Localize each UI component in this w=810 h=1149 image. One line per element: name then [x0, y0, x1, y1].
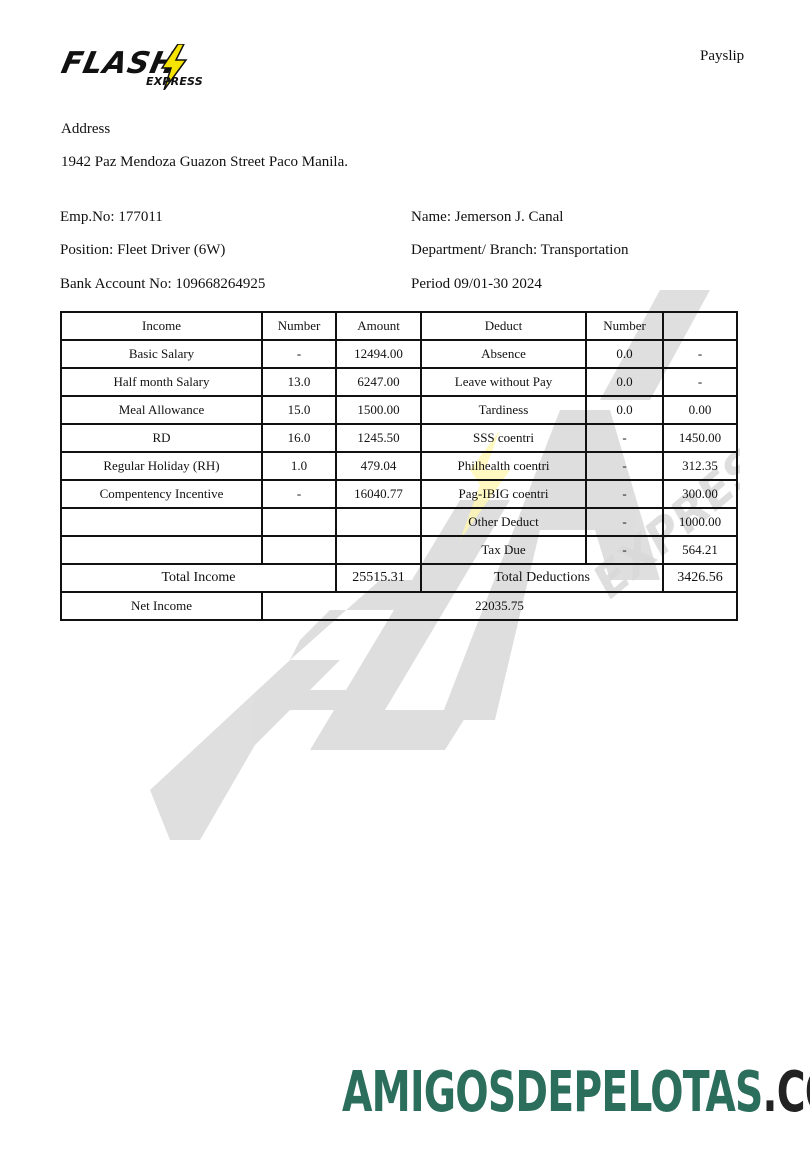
total-income-value: 25515.31: [336, 564, 421, 592]
deduct-amount: 300.00: [663, 480, 737, 508]
net-income-value: 22035.75: [262, 592, 737, 620]
income-amount: 12494.00: [336, 340, 421, 368]
table-row: RD16.01245.50SSS coentri-1450.00: [61, 424, 737, 452]
deduct-amount: 1450.00: [663, 424, 737, 452]
deduct-number: -: [586, 536, 663, 564]
table-row: Regular Holiday (RH)1.0479.04Philhealth …: [61, 452, 737, 480]
payslip-table: Income Number Amount Deduct Number Basic…: [60, 311, 738, 621]
deduct-number: -: [586, 508, 663, 536]
employee-name: Name: Jemerson J. Canal: [411, 209, 563, 226]
income-number: -: [262, 480, 336, 508]
totals-row: Total Income25515.31Total Deductions3426…: [61, 564, 737, 592]
employee-number: Emp.No: 177011: [60, 209, 163, 226]
deduct-number: -: [586, 424, 663, 452]
deduct-number: 0.0: [586, 340, 663, 368]
table-header-row: Income Number Amount Deduct Number: [61, 312, 737, 340]
deduct-item: Absence: [421, 340, 586, 368]
footer-brand: AMIGOSDEPELOTAS.COM: [342, 1060, 810, 1125]
pay-period: Period 09/01-30 2024: [411, 276, 542, 293]
income-item: [61, 508, 262, 536]
total-deductions-value: 3426.56: [663, 564, 737, 592]
deduct-number: -: [586, 480, 663, 508]
deduct-amount: 312.35: [663, 452, 737, 480]
income-number: -: [262, 340, 336, 368]
brand-tld: .COM: [763, 1060, 810, 1125]
header-amount: Amount: [336, 312, 421, 340]
header-income: Income: [61, 312, 262, 340]
deduct-item: Tax Due: [421, 536, 586, 564]
deduct-item: Philhealth coentri: [421, 452, 586, 480]
income-amount: 16040.77: [336, 480, 421, 508]
deduct-item: Leave without Pay: [421, 368, 586, 396]
bank-account: Bank Account No: 109668264925: [60, 276, 265, 293]
total-income-label: Total Income: [61, 564, 336, 592]
total-deductions-label: Total Deductions: [421, 564, 663, 592]
deduct-amount: -: [663, 340, 737, 368]
deduct-amount: 1000.00: [663, 508, 737, 536]
income-amount: 1500.00: [336, 396, 421, 424]
deduct-number: 0.0: [586, 396, 663, 424]
income-number: 16.0: [262, 424, 336, 452]
income-item: [61, 536, 262, 564]
table-row: Meal Allowance15.01500.00Tardiness0.00.0…: [61, 396, 737, 424]
income-amount: 479.04: [336, 452, 421, 480]
income-amount: 6247.00: [336, 368, 421, 396]
deduct-item: Other Deduct: [421, 508, 586, 536]
net-income-row: Net Income22035.75: [61, 592, 737, 620]
deduct-amount: 0.00: [663, 396, 737, 424]
net-income-label: Net Income: [61, 592, 262, 620]
income-amount: 1245.50: [336, 424, 421, 452]
employee-department: Department/ Branch: Transportation: [411, 242, 628, 259]
table-row: Tax Due-564.21: [61, 536, 737, 564]
income-item: Regular Holiday (RH): [61, 452, 262, 480]
income-item: Basic Salary: [61, 340, 262, 368]
logo-tagline: EXPRESS: [146, 75, 203, 88]
deduct-item: Tardiness: [421, 396, 586, 424]
table-row: Half month Salary13.06247.00Leave withou…: [61, 368, 737, 396]
income-amount: [336, 508, 421, 536]
header-income-number: Number: [262, 312, 336, 340]
header-deduct-amount: [663, 312, 737, 340]
income-number: 1.0: [262, 452, 336, 480]
employee-position: Position: Fleet Driver (6W): [60, 242, 225, 259]
income-number: 15.0: [262, 396, 336, 424]
address-label: Address: [61, 121, 110, 138]
deduct-item: Pag-IBIG coentri: [421, 480, 586, 508]
flash-express-logo: FLASH EXPRESS: [60, 44, 220, 94]
income-number: [262, 536, 336, 564]
table-row: Compentency Incentive-16040.77Pag-IBIG c…: [61, 480, 737, 508]
income-item: Compentency Incentive: [61, 480, 262, 508]
deduct-item: SSS coentri: [421, 424, 586, 452]
income-item: RD: [61, 424, 262, 452]
document-title: Payslip: [700, 48, 744, 65]
header-deduct-number: Number: [586, 312, 663, 340]
income-number: 13.0: [262, 368, 336, 396]
table-row: Other Deduct-1000.00: [61, 508, 737, 536]
deduct-number: 0.0: [586, 368, 663, 396]
address-value: 1942 Paz Mendoza Guazon Street Paco Mani…: [61, 154, 348, 171]
income-item: Meal Allowance: [61, 396, 262, 424]
table-row: Basic Salary-12494.00Absence0.0-: [61, 340, 737, 368]
income-item: Half month Salary: [61, 368, 262, 396]
income-number: [262, 508, 336, 536]
brand-name: AMIGOSDEPELOTAS: [342, 1060, 763, 1125]
header-deduct: Deduct: [421, 312, 586, 340]
deduct-amount: 564.21: [663, 536, 737, 564]
income-amount: [336, 536, 421, 564]
deduct-number: -: [586, 452, 663, 480]
deduct-amount: -: [663, 368, 737, 396]
